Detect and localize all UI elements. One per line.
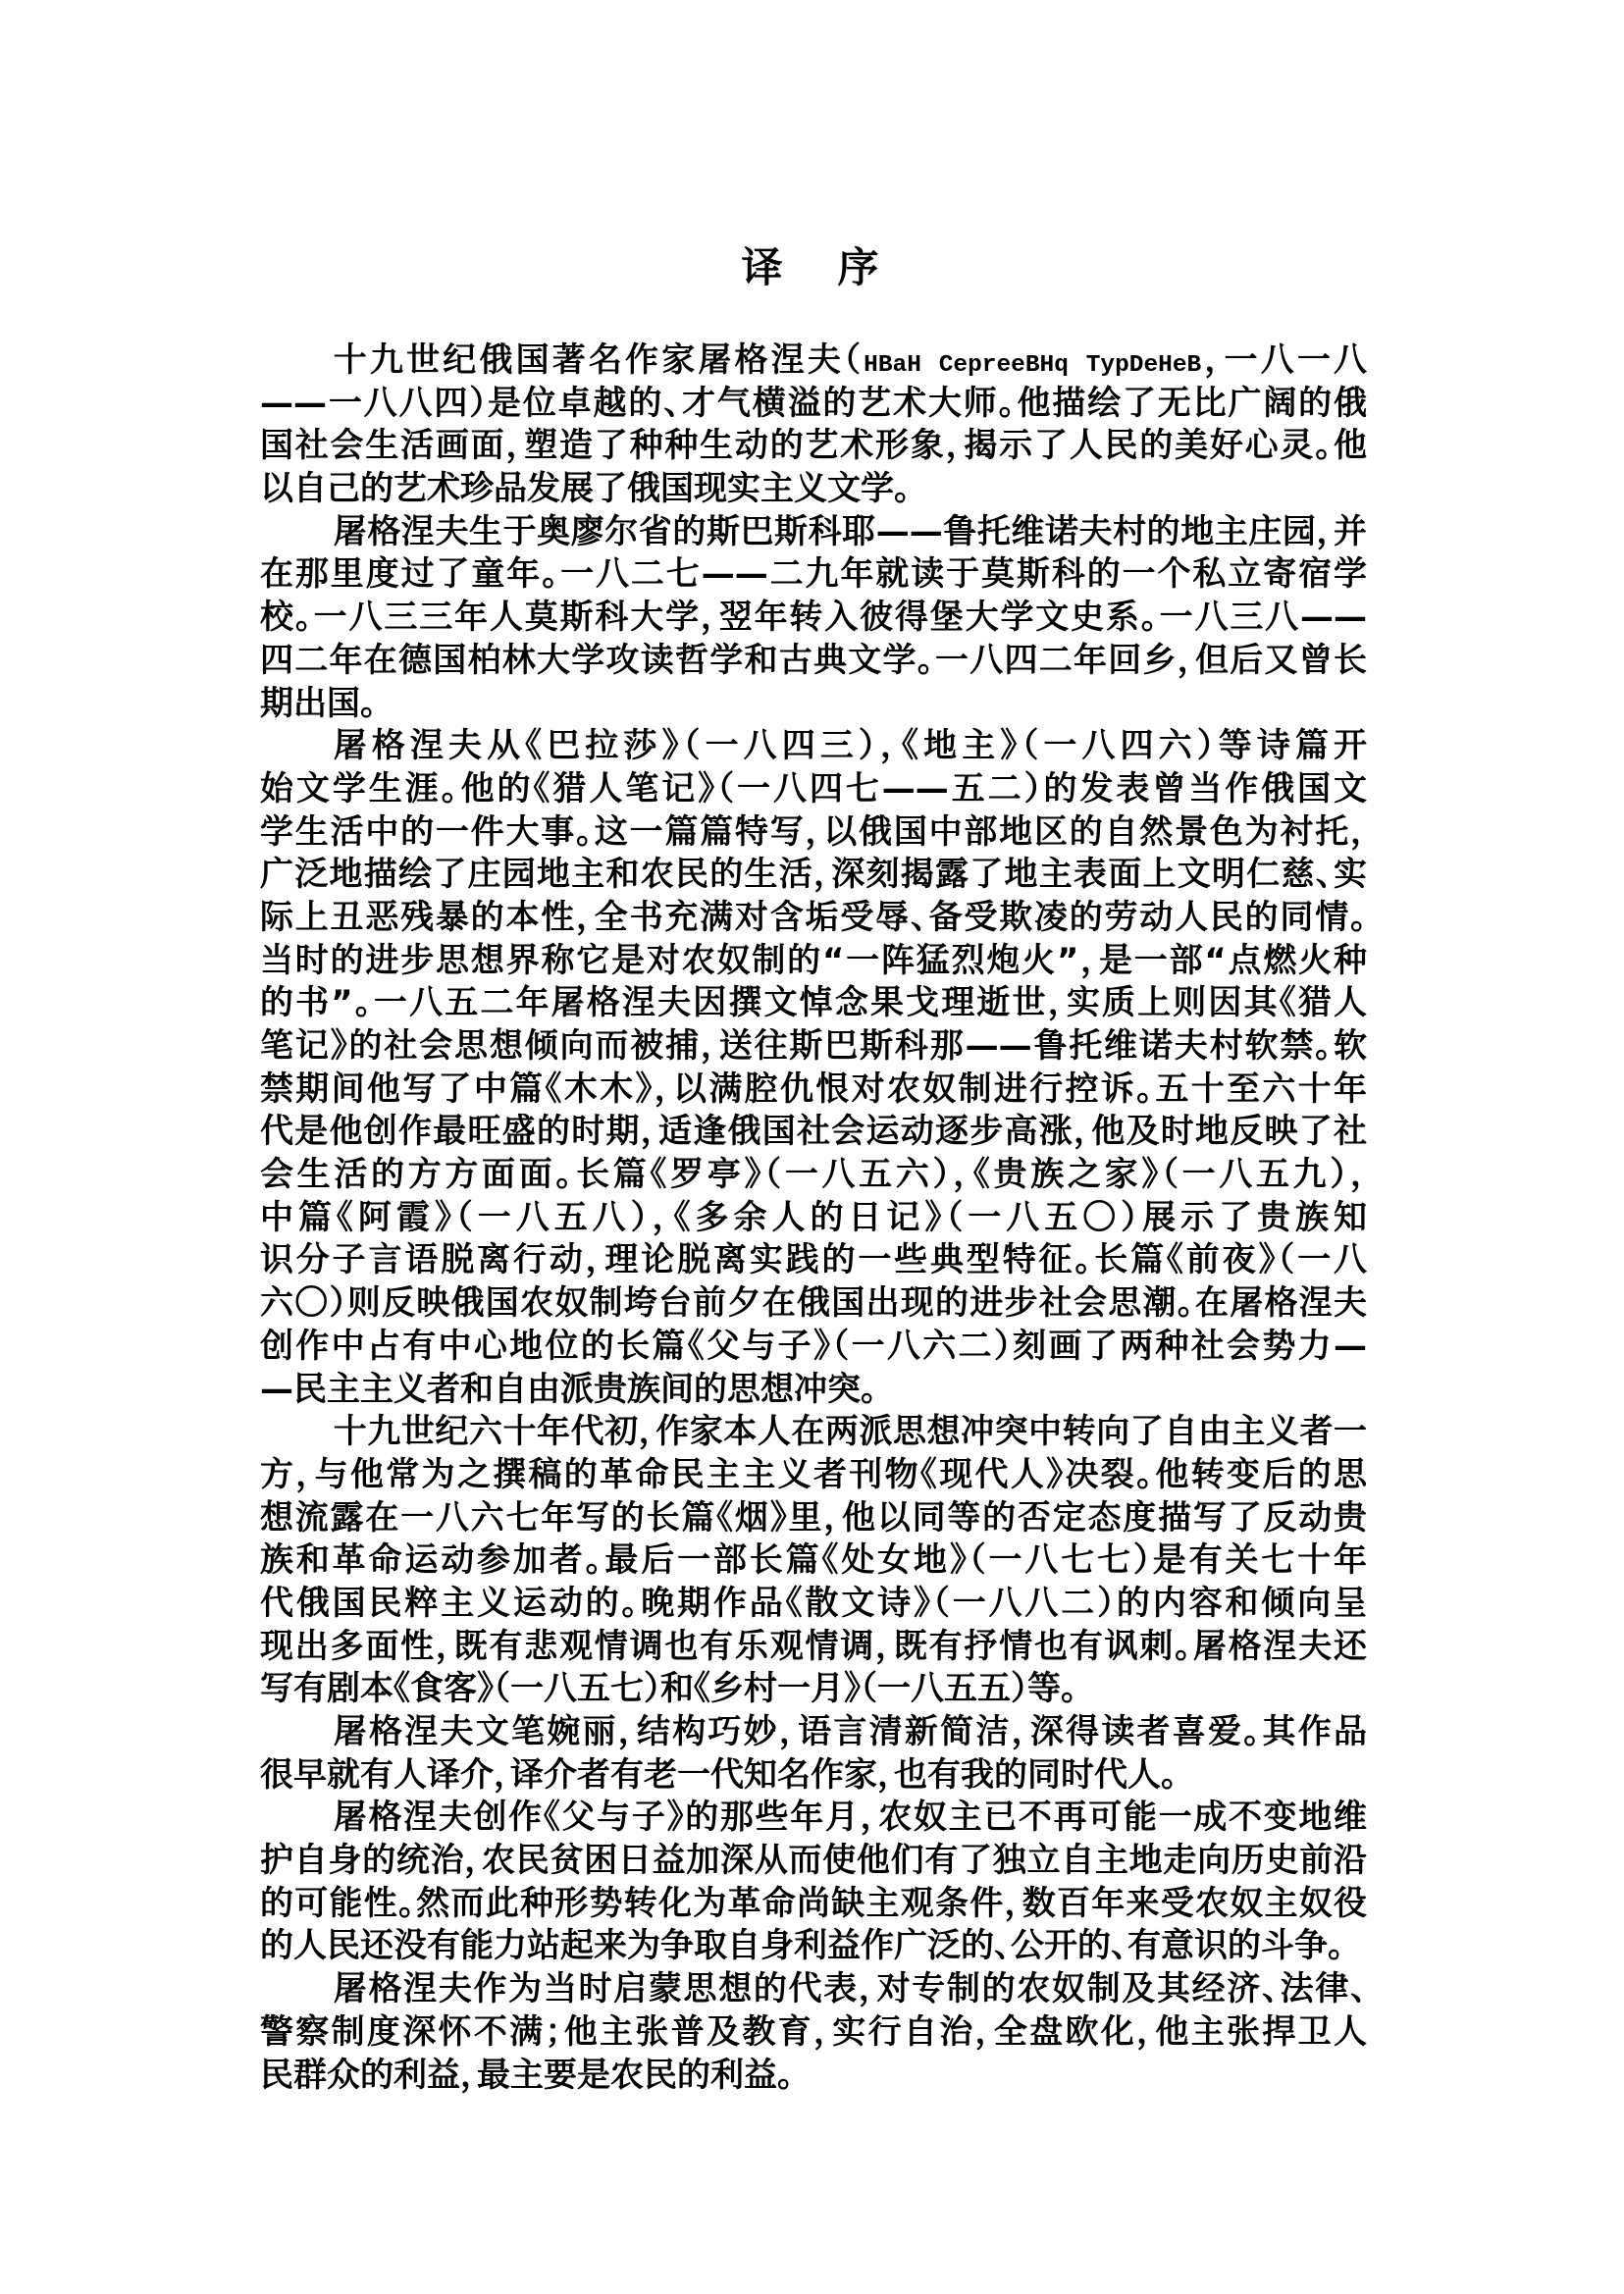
text-line: 学生活中的一件大事。这一篇篇特写，以俄国中部地区的自然景色为衬托， — [260, 811, 1367, 855]
paragraph: 十九世纪俄国著名作家屠格涅夫（HBaH CepreeBHq TypDeHeB，一… — [260, 339, 1367, 511]
text-line: 的人民还没有能力站起来为争取自身利益作广泛的、公开的、有意识的斗争。 — [260, 1925, 1367, 1968]
text-line: 屠格涅夫从《巴拉莎》（一八四三），《地主》（一八四六）等诗篇开 — [260, 725, 1367, 768]
page-title: 译 序 — [260, 245, 1367, 290]
text-line: —民主主义者和自由派贵族间的思想冲突。 — [260, 1369, 1367, 1412]
text-line: 屠格涅夫生于奥廖尔省的斯巴斯科耶——鲁托维诺夫村的地主庄园，并 — [260, 511, 1367, 554]
paragraph: 屠格涅夫文笔婉丽，结构巧妙，语言清新简洁，深得读者喜爱。其作品很早就有人译介，译… — [260, 1711, 1367, 1797]
text-line: 六〇）则反映俄国农奴制垮台前夕在俄国出现的进步社会思潮。在屠格涅夫 — [260, 1282, 1367, 1326]
text-line: 中篇《阿霞》（一八五八），《多余人的日记》（一八五〇）展示了贵族知 — [260, 1197, 1367, 1240]
paragraph: 屠格涅夫创作《父与子》的那些年月，农奴主已不再可能一成不变地维护自身的统治，农民… — [260, 1797, 1367, 1968]
text-line: 代是他创作最旺盛的时期，适逢俄国社会运动逐步高涨，他及时地反映了社 — [260, 1111, 1367, 1154]
text-line: 警察制度深怀不满；他主张普及教育，实行自治，全盘欧化，他主张捍卫人 — [260, 2011, 1367, 2055]
text-line: 代俄国民粹主义运动的。晚期作品《散文诗》（一八八二）的内容和倾向呈 — [260, 1583, 1367, 1626]
text-line: 笔记》的社会思想倾向而被捕，送往斯巴斯科那——鲁托维诺夫村软禁。软 — [260, 1025, 1367, 1069]
text-line: 国社会生活画面，塑造了种种生动的艺术形象，揭示了人民的美好心灵。他 — [260, 425, 1367, 468]
paragraph: 屠格涅夫从《巴拉莎》（一八四三），《地主》（一八四六）等诗篇开始文学生涯。他的《… — [260, 725, 1367, 1411]
text-line: ——一八八四）是位卓越的、才气横溢的艺术大师。他描绘了无比广阔的俄 — [260, 383, 1367, 426]
text-line: 屠格涅夫创作《父与子》的那些年月，农奴主已不再可能一成不变地维 — [260, 1797, 1367, 1840]
text-line: 护自身的统治，农民贫困日益加深从而使他们有了独立自主地走向历史前沿 — [260, 1840, 1367, 1883]
text-line: 屠格涅夫作为当时启蒙思想的代表，对专制的农奴制及其经济、法律、 — [260, 1968, 1367, 2011]
preface-body: 十九世纪俄国著名作家屠格涅夫（HBaH CepreeBHq TypDeHeB，一… — [260, 339, 1367, 2097]
page-content: 译 序 十九世纪俄国著名作家屠格涅夫（HBaH CepreeBHq TypDeH… — [260, 245, 1367, 2097]
text-line: 的书”。一八五二年屠格涅夫因撰文悼念果戈理逝世，实质上则因其《猎人 — [260, 982, 1367, 1025]
text-line: 很早就有人译介，译介者有老一代知名作家，也有我的同时代人。 — [260, 1754, 1367, 1798]
text-line: 十九世纪六十年代初，作家本人在两派思想冲突中转向了自由主义者一 — [260, 1411, 1367, 1454]
paragraph: 屠格涅夫作为当时启蒙思想的代表，对专制的农奴制及其经济、法律、警察制度深怀不满；… — [260, 1968, 1367, 2097]
text-line: 族和革命运动参加者。最后一部长篇《处女地》（一八七七）是有关七十年 — [260, 1539, 1367, 1583]
text-line: 期出国。 — [260, 683, 1367, 726]
text-line: 际上丑恶残暴的本性，全书充满对含垢受辱、备受欺凌的劳动人民的同情。 — [260, 897, 1367, 940]
text-line: 十九世纪俄国著名作家屠格涅夫（HBaH CepreeBHq TypDeHeB，一… — [260, 339, 1367, 383]
text-line: 屠格涅夫文笔婉丽，结构巧妙，语言清新简洁，深得读者喜爱。其作品 — [260, 1711, 1367, 1754]
text-line: 的可能性。然而此种形势转化为革命尚缺主观条件，数百年来受农奴主奴役 — [260, 1883, 1367, 1926]
text-line: 以自己的艺术珍品发展了俄国现实主义文学。 — [260, 468, 1367, 511]
text-line: 会生活的方方面面。长篇《罗亭》（一八五六），《贵族之家》（一八五九）， — [260, 1154, 1367, 1197]
paragraph: 十九世纪六十年代初，作家本人在两派思想冲突中转向了自由主义者一方，与他常为之撰稿… — [260, 1411, 1367, 1711]
text-line: 禁期间他写了中篇《木木》，以满腔仇恨对农奴制进行控诉。五十至六十年 — [260, 1069, 1367, 1112]
book-page: 译 序 十九世纪俄国著名作家屠格涅夫（HBaH CepreeBHq TypDeH… — [0, 0, 1624, 2294]
text-line: 现出多面性，既有悲观情调也有乐观情调，既有抒情也有讽刺。屠格涅夫还 — [260, 1626, 1367, 1669]
text-line: 写有剧本《食客》（一八五七）和《乡村一月》（一八五五）等。 — [260, 1668, 1367, 1711]
text-line: 始文学生涯。他的《猎人笔记》（一八四七——五二）的发表曾当作俄国文 — [260, 768, 1367, 811]
text-line: 校。一八三三年人莫斯科大学，翌年转入彼得堡大学文史系。一八三八—— — [260, 597, 1367, 640]
text-line: 民群众的利益，最主要是农民的利益。 — [260, 2055, 1367, 2098]
text-line: 方，与他常为之撰稿的革命民主主义者刊物《现代人》决裂。他转变后的思 — [260, 1454, 1367, 1497]
paragraph: 屠格涅夫生于奥廖尔省的斯巴斯科耶——鲁托维诺夫村的地主庄园，并在那里度过了童年。… — [260, 511, 1367, 725]
latin-transliteration: HBaH CepreeBHq TypDeHeB — [864, 352, 1201, 379]
text-line: 在那里度过了童年。一八二七——二九年就读于莫斯科的一个私立寄宿学 — [260, 553, 1367, 597]
text-line: 想流露在一八六七年写的长篇《烟》里，他以同等的否定态度描写了反动贵 — [260, 1497, 1367, 1540]
text-line: 识分子言语脱离行动，理论脱离实践的一些典型特征。长篇《前夜》（一八 — [260, 1239, 1367, 1282]
text-line: 广泛地描绘了庄园地主和农民的生活，深刻揭露了地主表面上文明仁慈、实 — [260, 854, 1367, 897]
text-line: 创作中占有中心地位的长篇《父与子》（一八六二）刻画了两种社会势力— — [260, 1326, 1367, 1369]
text-line: 四二年在德国柏林大学攻读哲学和古典文学。一八四二年回乡，但后又曾长 — [260, 640, 1367, 683]
text-line: 当时的进步思想界称它是对农奴制的“一阵猛烈炮火”，是一部“点燃火种 — [260, 940, 1367, 983]
